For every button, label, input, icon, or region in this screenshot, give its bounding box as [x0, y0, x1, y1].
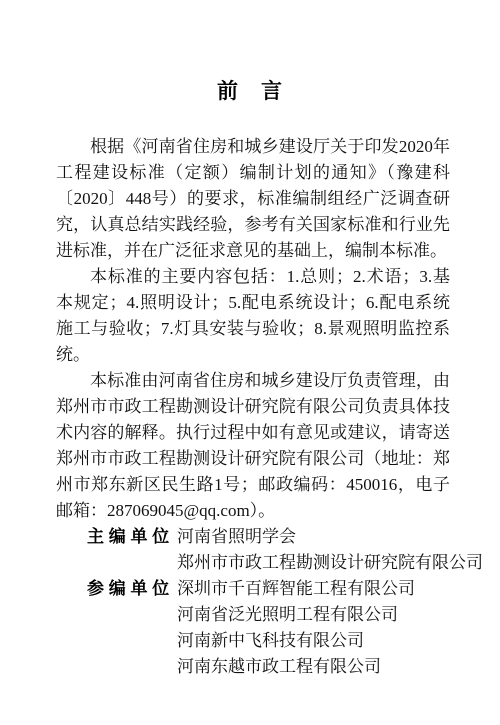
- co-editor-label: 参 编 单 位: [87, 576, 171, 602]
- organization-name: 深圳市千百辉智能工程有限公司: [177, 576, 450, 602]
- chief-editor-label: 主 编 单 位: [87, 524, 171, 550]
- organization-name: 河南东越市政工程有限公司: [177, 654, 450, 680]
- chief-editor-row: 主 编 单 位 河南省照明学会 郑州市市政工程勘测设计研究院有限公司: [56, 524, 450, 576]
- document-page: 前 言 根据《河南省住房和城乡建设厅关于印发2020年工程建设标准（定额）编制计…: [0, 0, 500, 725]
- organization-name: 河南新中飞科技有限公司: [177, 628, 450, 654]
- chief-editor-organizations: 河南省照明学会 郑州市市政工程勘测设计研究院有限公司: [177, 524, 483, 576]
- organization-name: 郑州市市政工程勘测设计研究院有限公司: [177, 550, 483, 576]
- organization-name: 河南省泛光照明工程有限公司: [177, 602, 450, 628]
- paragraph-basis: 根据《河南省住房和城乡建设厅关于印发2020年工程建设标准（定额）编制计划的通知…: [56, 134, 450, 264]
- co-editor-organizations: 深圳市千百辉智能工程有限公司 河南省泛光照明工程有限公司 河南新中飞科技有限公司…: [177, 576, 450, 680]
- page-title: 前 言: [0, 81, 500, 103]
- editors-section: 主 编 单 位 河南省照明学会 郑州市市政工程勘测设计研究院有限公司 参 编 单…: [56, 524, 450, 680]
- paragraph-contents: 本标准的主要内容包括：1.总则；2.术语；3.基本规定；4.照明设计；5.配电系…: [56, 264, 450, 368]
- document-body: 根据《河南省住房和城乡建设厅关于印发2020年工程建设标准（定额）编制计划的通知…: [56, 134, 450, 680]
- organization-name: 河南省照明学会: [177, 524, 483, 550]
- paragraph-management: 本标准由河南省住房和城乡建设厅负责管理，由郑州市市政工程勘测设计研究院有限公司负…: [56, 368, 450, 524]
- co-editor-row: 参 编 单 位 深圳市千百辉智能工程有限公司 河南省泛光照明工程有限公司 河南新…: [56, 576, 450, 680]
